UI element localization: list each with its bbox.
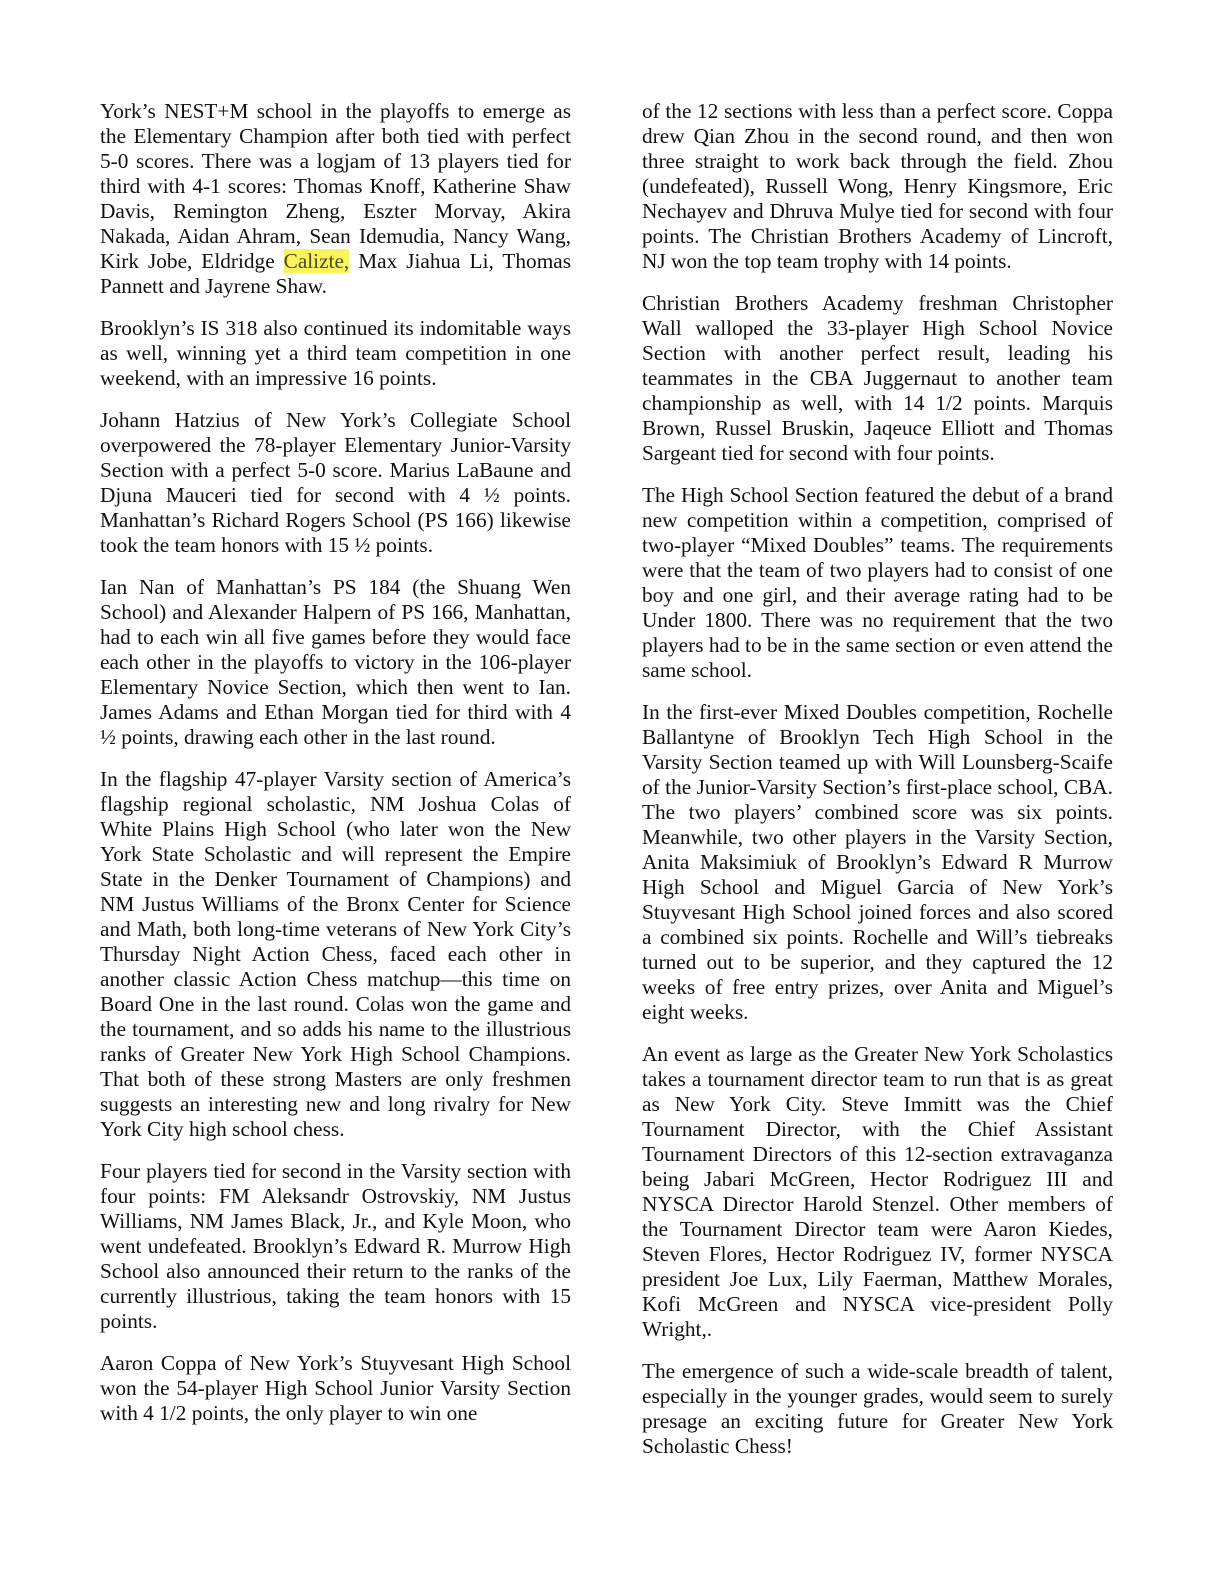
paragraph-is318: Brooklyn’s IS 318 also continued its ind… <box>100 316 571 391</box>
paragraph-elementary-jv: Johann Hatzius of New York’s Collegiate … <box>100 408 571 558</box>
left-column: York’s NEST+M school in the playoffs to … <box>100 99 571 1443</box>
paragraph-mixed-doubles-results: In the first-ever Mixed Doubles competit… <box>642 700 1113 1025</box>
paragraph-hs-jv: Aaron Coppa of New York’s Stuyvesant Hig… <box>100 1351 571 1426</box>
right-column: of the 12 sections with less than a perf… <box>642 99 1113 1476</box>
paragraph-hs-jv-continued: of the 12 sections with less than a perf… <box>642 99 1113 274</box>
document-page: York’s NEST+M school in the playoffs to … <box>0 0 1224 1584</box>
paragraph-varsity: In the flagship 47-player Varsity sectio… <box>100 767 571 1142</box>
paragraph-elementary-novice: Ian Nan of Manhattan’s PS 184 (the Shuan… <box>100 575 571 750</box>
paragraph-elementary-champion: York’s NEST+M school in the playoffs to … <box>100 99 571 299</box>
paragraph-varsity-second: Four players tied for second in the Vars… <box>100 1159 571 1334</box>
paragraph-conclusion: The emergence of such a wide-scale bread… <box>642 1359 1113 1459</box>
paragraph-tournament-directors: An event as large as the Greater New Yor… <box>642 1042 1113 1342</box>
paragraph-mixed-doubles-intro: The High School Section featured the deb… <box>642 483 1113 683</box>
paragraph-hs-novice: Christian Brothers Academy freshman Chri… <box>642 291 1113 466</box>
paragraph-text: York’s NEST+M school in the playoffs to … <box>100 99 571 273</box>
highlighted-text: Calizte, <box>284 249 350 273</box>
